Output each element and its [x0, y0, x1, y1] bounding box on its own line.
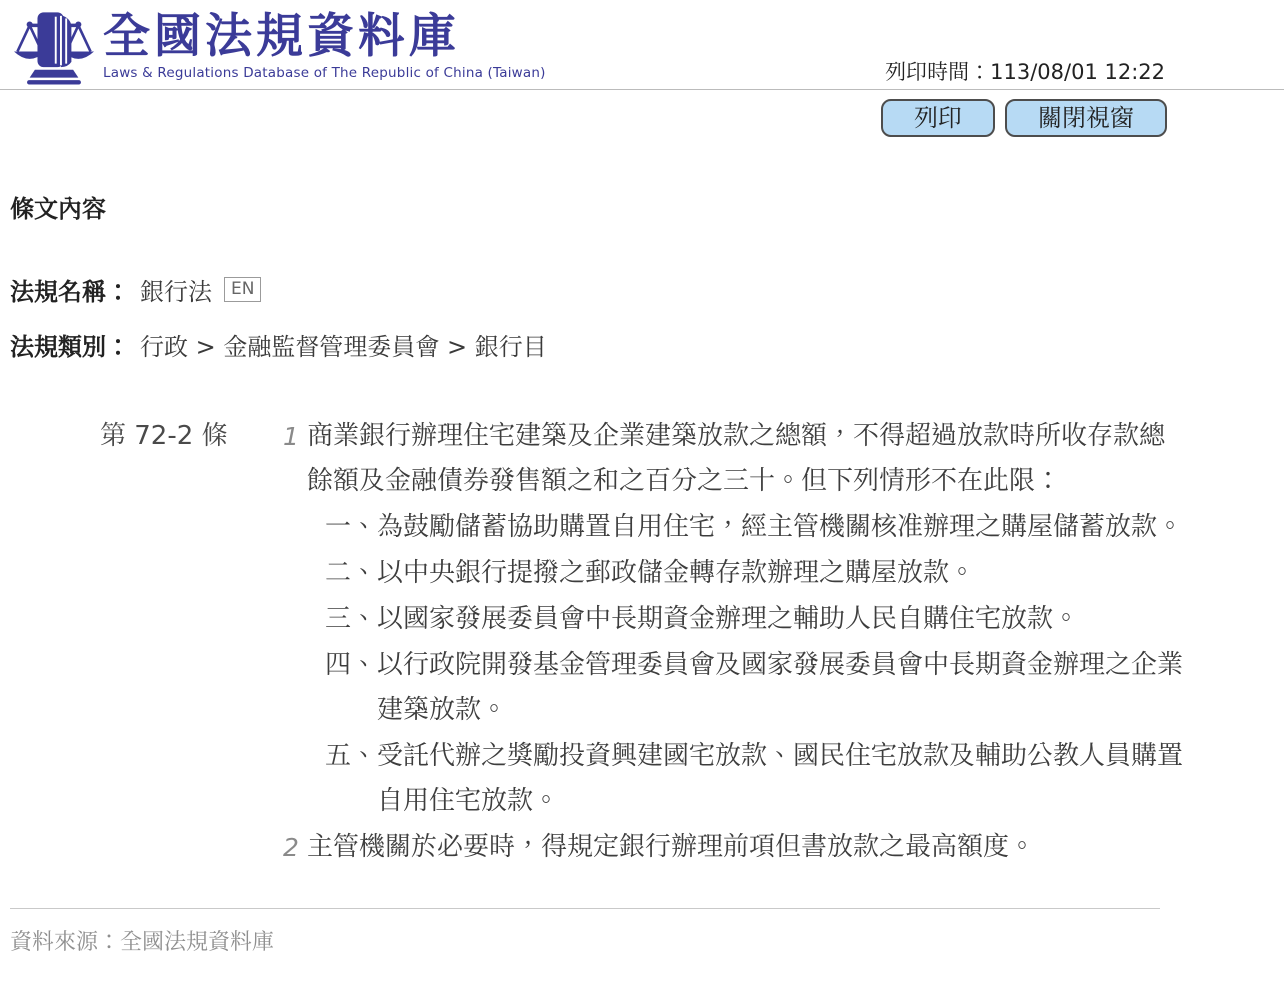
list-item-label: 四、 — [325, 643, 377, 733]
header: 全國法規資料庫 Laws & Regulations Database of T… — [0, 0, 1284, 90]
paragraph-body: 商業銀行辦理住宅建築及企業建築放款之總額，不得超過放款時所收存款總餘額及金融債券… — [307, 414, 1187, 824]
scales-book-icon — [10, 8, 98, 88]
list-item: 一、為鼓勵儲蓄協助購置自用住宅，經主管機關核准辦理之購屋儲蓄放款。 — [325, 505, 1187, 550]
list-item-text: 為鼓勵儲蓄協助購置自用住宅，經主管機關核准辦理之購屋儲蓄放款。 — [377, 505, 1187, 550]
paragraph-body: 主管機關於必要時，得規定銀行辦理前項但書放款之最高額度。 — [307, 825, 1187, 870]
logo-text: 全國法規資料庫 Laws & Regulations Database of T… — [103, 8, 546, 81]
law-meta: 法規名稱： 銀行法 EN 法規類別： 行政 > 金融監督管理委員會 > 銀行目 — [10, 272, 1284, 362]
paragraph-number: 2 — [283, 825, 307, 870]
law-name-label: 法規名稱： — [10, 272, 130, 307]
list-item-text: 以中央銀行提撥之郵政儲金轉存款辦理之購屋放款。 — [377, 551, 1187, 596]
paragraph-text: 商業銀行辦理住宅建築及企業建築放款之總額，不得超過放款時所收存款總餘額及金融債券… — [307, 414, 1187, 504]
article: 第 72-2 條 1商業銀行辦理住宅建築及企業建築放款之總額，不得超過放款時所收… — [100, 414, 1284, 870]
footer: 資料來源：全國法規資料庫 — [10, 908, 1160, 956]
article-paragraph: 2主管機關於必要時，得規定銀行辦理前項但書放款之最高額度。 — [283, 825, 1187, 870]
footer-source: 資料來源：全國法規資料庫 — [10, 925, 1160, 956]
list-item: 二、以中央銀行提撥之郵政儲金轉存款辦理之購屋放款。 — [325, 551, 1187, 596]
law-name-row: 法規名稱： 銀行法 EN — [10, 272, 1284, 307]
law-category-row: 法規類別： 行政 > 金融監督管理委員會 > 銀行目 — [10, 327, 1284, 362]
list-item-text: 以國家發展委員會中長期資金辦理之輔助人民自購住宅放款。 — [377, 597, 1187, 642]
english-version-badge[interactable]: EN — [224, 277, 261, 302]
list-item: 四、以行政院開發基金管理委員會及國家發展委員會中長期資金辦理之企業建築放款。 — [325, 643, 1187, 733]
toolbar: 列印 關閉視窗 — [0, 99, 1167, 137]
paragraph-number: 1 — [283, 414, 307, 824]
list-item-label: 五、 — [325, 734, 377, 824]
main-content: 條文內容 法規名稱： 銀行法 EN 法規類別： 行政 > 金融監督管理委員會 >… — [0, 189, 1284, 870]
close-window-button[interactable]: 關閉視窗 — [1005, 99, 1167, 137]
list-item-text: 受託代辦之獎勵投資興建國宅放款、國民住宅放款及輔助公教人員購置自用住宅放款。 — [377, 734, 1187, 824]
list-item: 五、受託代辦之獎勵投資興建國宅放款、國民住宅放款及輔助公教人員購置自用住宅放款。 — [325, 734, 1187, 824]
list-item-text: 以行政院開發基金管理委員會及國家發展委員會中長期資金辦理之企業建築放款。 — [377, 643, 1187, 733]
print-button[interactable]: 列印 — [881, 99, 995, 137]
law-category-path: 行政 > 金融監督管理委員會 > 銀行目 — [140, 327, 547, 362]
list-item-label: 三、 — [325, 597, 377, 642]
list-item: 三、以國家發展委員會中長期資金辦理之輔助人民自購住宅放款。 — [325, 597, 1187, 642]
paragraph-items: 一、為鼓勵儲蓄協助購置自用住宅，經主管機關核准辦理之購屋儲蓄放款。二、以中央銀行… — [325, 505, 1187, 824]
paragraph-text: 主管機關於必要時，得規定銀行辦理前項但書放款之最高額度。 — [307, 825, 1187, 870]
law-category-label: 法規類別： — [10, 327, 130, 362]
logo-title: 全國法規資料庫 — [103, 11, 546, 64]
print-time: 列印時間：113/08/01 12:22 — [885, 56, 1165, 86]
section-title: 條文內容 — [10, 189, 1284, 224]
list-item-label: 二、 — [325, 551, 377, 596]
law-name-value: 銀行法 — [140, 272, 212, 307]
article-paragraph: 1商業銀行辦理住宅建築及企業建築放款之總額，不得超過放款時所收存款總餘額及金融債… — [283, 414, 1187, 824]
article-paragraphs: 1商業銀行辦理住宅建築及企業建築放款之總額，不得超過放款時所收存款總餘額及金融債… — [283, 414, 1187, 870]
logo-subtitle: Laws & Regulations Database of The Repub… — [103, 65, 546, 81]
article-number: 第 72-2 條 — [100, 414, 283, 870]
print-page: 全國法規資料庫 Laws & Regulations Database of T… — [0, 0, 1284, 990]
list-item-label: 一、 — [325, 505, 377, 550]
